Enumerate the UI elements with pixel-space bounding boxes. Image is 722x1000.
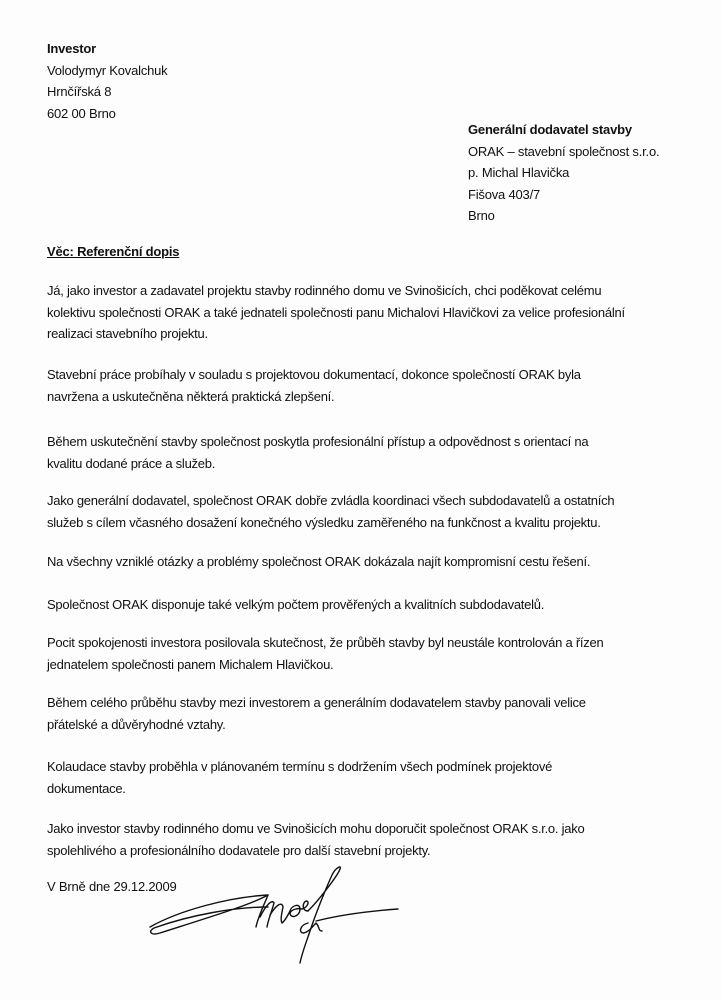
sender-heading: Investor — [47, 38, 167, 60]
sender-street: Hrnčířská 8 — [47, 81, 167, 103]
recipient-city: Brno — [468, 205, 659, 227]
sender-city: 602 00 Brno — [47, 103, 167, 125]
paragraph-line: Pocit spokojenosti investora posilovala … — [47, 632, 707, 654]
sender-address-block: Investor Volodymyr Kovalchuk Hrnčířská 8… — [47, 38, 167, 124]
paragraph-line: Já, jako investor a zadavatel projektu s… — [47, 280, 707, 302]
paragraph-line: navržena a uskutečněna některá praktická… — [47, 386, 707, 408]
paragraph-line: dokumentace. — [47, 778, 707, 800]
recipient-company: ORAK – stavební společnost s.r.o. — [468, 141, 659, 163]
paragraph-7: Pocit spokojenosti investora posilovala … — [47, 632, 707, 675]
signature-icon — [140, 865, 400, 975]
sender-name: Volodymyr Kovalchuk — [47, 60, 167, 82]
letter-page: Investor Volodymyr Kovalchuk Hrnčířská 8… — [0, 0, 722, 1000]
paragraph-5: Na všechny vzniklé otázky a problémy spo… — [47, 551, 707, 573]
recipient-address-block: Generální dodavatel stavby ORAK – staveb… — [468, 119, 659, 227]
paragraph-10: Jako investor stavby rodinného domu ve S… — [47, 818, 707, 861]
paragraph-line: Jako investor stavby rodinného domu ve S… — [47, 818, 707, 840]
recipient-street: Fišova 403/7 — [468, 184, 659, 206]
paragraph-line: Během celého průběhu stavby mezi investo… — [47, 692, 707, 714]
paragraph-line: přátelské a důvěryhodné vztahy. — [47, 714, 707, 736]
paragraph-line: Kolaudace stavby proběhla v plánovaném t… — [47, 756, 707, 778]
paragraph-6: Společnost ORAK disponuje také velkým po… — [47, 594, 707, 616]
letter-subject: Věc: Referenční dopis — [47, 244, 179, 259]
paragraph-line: Jako generální dodavatel, společnost ORA… — [47, 490, 707, 512]
paragraph-line: služeb s cílem včasného dosažení konečné… — [47, 512, 707, 534]
paragraph-line: Stavební práce probíhaly v souladu s pro… — [47, 364, 707, 386]
paragraph-line: kolektivu společnosti ORAK a také jednat… — [47, 302, 707, 324]
recipient-person: p. Michal Hlavička — [468, 162, 659, 184]
paragraph-line: Během uskutečnění stavby společnost posk… — [47, 431, 707, 453]
paragraph-2: Stavební práce probíhaly v souladu s pro… — [47, 364, 707, 407]
paragraph-line: jednatelem společnosti panem Michalem Hl… — [47, 654, 707, 676]
paragraph-3: Během uskutečnění stavby společnost posk… — [47, 431, 707, 474]
paragraph-line: kvalitu dodané práce a služeb. — [47, 453, 707, 475]
paragraph-4: Jako generální dodavatel, společnost ORA… — [47, 490, 707, 533]
paragraph-line: spolehlivého a profesionálního dodavatel… — [47, 840, 707, 862]
recipient-heading: Generální dodavatel stavby — [468, 119, 659, 141]
paragraph-8: Během celého průběhu stavby mezi investo… — [47, 692, 707, 735]
paragraph-line: Na všechny vzniklé otázky a problémy spo… — [47, 551, 707, 573]
paragraph-line: Společnost ORAK disponuje také velkým po… — [47, 594, 707, 616]
paragraph-line: realizaci stavebního projektu. — [47, 323, 707, 345]
paragraph-9: Kolaudace stavby proběhla v plánovaném t… — [47, 756, 707, 799]
paragraph-1: Já, jako investor a zadavatel projektu s… — [47, 280, 707, 345]
